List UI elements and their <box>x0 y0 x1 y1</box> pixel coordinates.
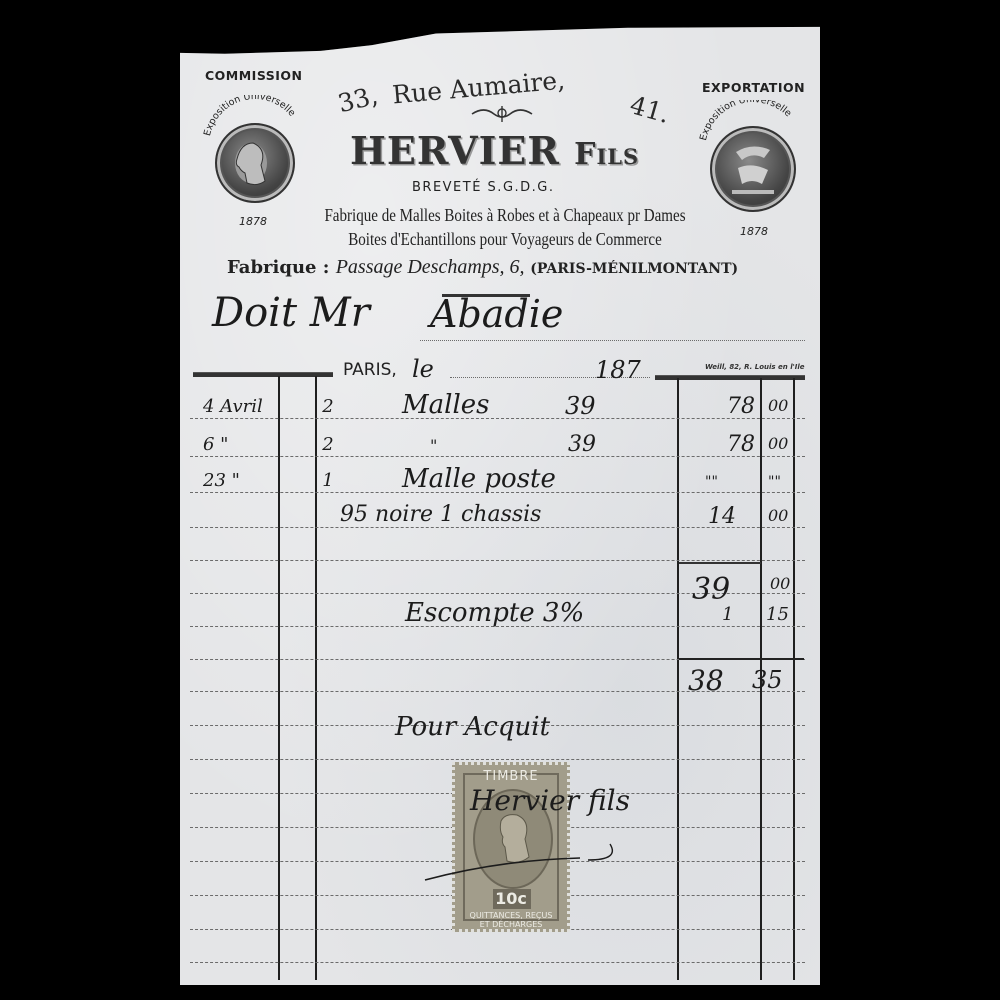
address-number-left: 33, <box>335 81 381 119</box>
stamp-bottom-label: QUITTANCES, REÇUS ET DÉCHARGES <box>455 911 567 929</box>
stamp-value: 10c <box>455 889 567 908</box>
medal-right: Exposition Universelle 1878 <box>693 100 813 245</box>
firm-name-suffix: Fils <box>574 137 639 172</box>
printer-credit: Weill, 82, R. Louis en l'Ile <box>705 363 805 371</box>
republique-medal-icon <box>215 123 295 203</box>
brevete-label: BREVETÉ S.G.D.G. <box>412 180 555 195</box>
subtotal-cents: 00 <box>770 574 790 593</box>
column-rule-qty <box>315 376 317 980</box>
ruled-line <box>190 456 805 457</box>
column-rule-date <box>278 376 280 980</box>
column-rule-right <box>793 378 795 980</box>
dateline-city: PARIS, <box>343 360 397 380</box>
commission-label: COMMISSION <box>205 68 303 83</box>
discount-francs: 1 <box>722 604 733 625</box>
total-francs: 38 <box>688 664 724 697</box>
item-qty: 2 <box>318 396 338 417</box>
signature: Hervier fils <box>470 784 630 817</box>
description-line-1: Fabrique de Malles Boites à Robes et à C… <box>320 205 690 226</box>
item-description: Malle poste <box>402 464 556 494</box>
exportation-label: EXPORTATION <box>702 80 805 95</box>
addressee-prefix: Doit Mr <box>212 290 370 336</box>
address-street: Rue Aumaire, <box>391 66 566 110</box>
total-rule <box>679 658 804 660</box>
medal-right-year: 1878 <box>740 225 768 238</box>
item-cents: "" <box>768 474 781 490</box>
fabrique-label: Fabrique <box>227 257 317 278</box>
ruled-line <box>190 560 805 561</box>
header-bar-left <box>193 372 333 377</box>
signature-flourish-icon <box>420 830 620 890</box>
medal-left-year: 1878 <box>239 215 267 228</box>
dateline-le: le <box>412 355 434 383</box>
item-qty: 1 <box>318 470 338 491</box>
column-rule-amount <box>677 378 679 980</box>
total-cents: 35 <box>752 666 783 694</box>
stamp-bottom-line-1: QUITTANCES, REÇUS <box>455 911 567 920</box>
item-description: Malles <box>402 390 489 420</box>
item-qty: 2 <box>318 434 338 455</box>
addressee-name: Abadie <box>430 292 563 336</box>
item-amount: 14 <box>708 504 736 529</box>
item-cents: 00 <box>768 506 788 525</box>
item-cents: 00 <box>768 434 788 453</box>
subtotal-francs: 39 <box>692 572 730 607</box>
fabrique-city: (PARIS-MÉNILMONTANT) <box>530 261 738 277</box>
item-description: 95 noire 1 chassis <box>340 502 541 527</box>
item-unit-price: 39 <box>565 392 596 420</box>
subtotal-rule <box>679 562 761 564</box>
item-unit-price: 39 <box>568 432 596 457</box>
dateline-year: 187 <box>595 356 641 384</box>
item-amount: 78 <box>727 432 755 457</box>
fabrique-address-line: Fabrique : Passage Deschamps, 6, (PARIS-… <box>227 256 738 279</box>
stamp-bottom-line-2: ET DÉCHARGES <box>455 920 567 929</box>
ornament-flourish-icon <box>470 104 534 124</box>
item-amount: 78 <box>727 394 755 419</box>
address-number-right: 41. <box>627 90 673 129</box>
item-cents: 00 <box>768 396 788 415</box>
ruled-line <box>190 418 805 419</box>
item-date: 4 Avril <box>203 396 263 417</box>
discount-cents: 15 <box>766 604 789 625</box>
ruled-line <box>190 962 805 963</box>
allegorical-medal-icon <box>710 126 796 212</box>
ruled-line <box>190 759 805 760</box>
medal-left: Exposition Universelle 1878 <box>195 95 315 240</box>
acquittal-text: Pour Acquit <box>395 712 550 742</box>
firm-name: HERVIER Fils <box>350 128 639 173</box>
firm-name-main: HERVIER <box>350 128 560 173</box>
stamp-top-label: TIMBRE <box>455 769 567 784</box>
item-amount: "" <box>705 474 718 490</box>
item-description: " <box>430 436 437 455</box>
item-date: 6 " <box>203 434 228 455</box>
description-line-2: Boites d'Echantillons pour Voyageurs de … <box>329 229 682 250</box>
discount-label: Escompte 3% <box>405 598 584 628</box>
fabrique-street: Passage Deschamps, 6, <box>336 256 525 278</box>
addressee-line <box>420 340 805 341</box>
item-date: 23 " <box>203 470 240 491</box>
